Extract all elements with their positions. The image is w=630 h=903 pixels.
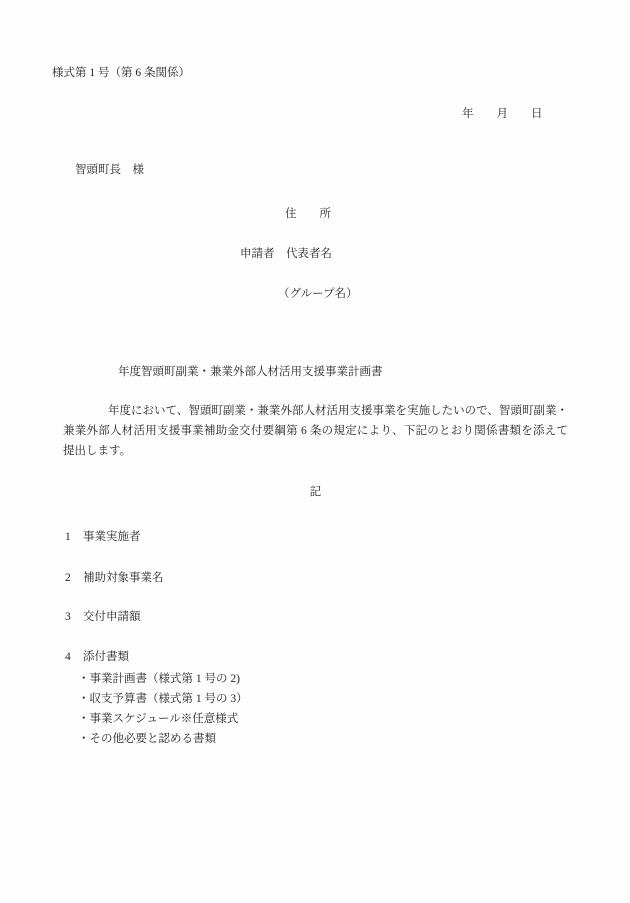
list-item-number: 2 <box>65 572 83 584</box>
body-paragraph: 年度において、智頭町副業・兼業外部人材活用支援事業を実施したいので、智頭町副業・… <box>63 401 568 461</box>
list-item-number: 4 <box>65 651 83 663</box>
attachment-item-schedule: ・事業スケジュール※任意様式 <box>78 710 238 726</box>
list-item-grant-application-amount: 3交付申請額 <box>65 608 141 624</box>
list-item-number: 1 <box>65 531 83 543</box>
document-page: 様式第 1 号（第 6 条関係） 年 月 日 智頭町長 様 住 所 申請者 代表… <box>0 0 630 903</box>
document-title: 年度智頭町副業・兼業外部人材活用支援事業計画書 <box>118 365 383 379</box>
list-item-label: 事業実施者 <box>83 531 141 543</box>
list-item-label: 補助対象事業名 <box>83 572 164 584</box>
addressee: 智頭町長 様 <box>75 163 144 177</box>
attachment-item-business-plan: ・事業計画書（様式第 1 号の 2) <box>78 670 240 686</box>
list-item-subsidized-project-name: 2補助対象事業名 <box>65 569 164 585</box>
list-item-business-operator: 1事業実施者 <box>65 528 141 544</box>
list-item-attached-documents: 4添付書類 <box>65 648 129 664</box>
form-number: 様式第 1 号（第 6 条関係） <box>52 66 190 80</box>
list-item-number: 3 <box>65 611 83 623</box>
date-placeholder: 年 月 日 <box>462 107 543 121</box>
group-name-label: （グループ名） <box>278 287 358 301</box>
attachment-item-other-documents: ・その他必要と認める書類 <box>78 730 216 746</box>
applicant-address-label: 住 所 <box>285 207 331 221</box>
record-marker: 記 <box>63 483 568 499</box>
applicant-representative-label: 申請者 代表者名 <box>240 247 332 261</box>
attachment-item-budget: ・収支予算書（様式第 1 号の 3） <box>78 690 248 706</box>
list-item-label: 交付申請額 <box>83 611 141 623</box>
list-item-label: 添付書類 <box>83 651 129 663</box>
